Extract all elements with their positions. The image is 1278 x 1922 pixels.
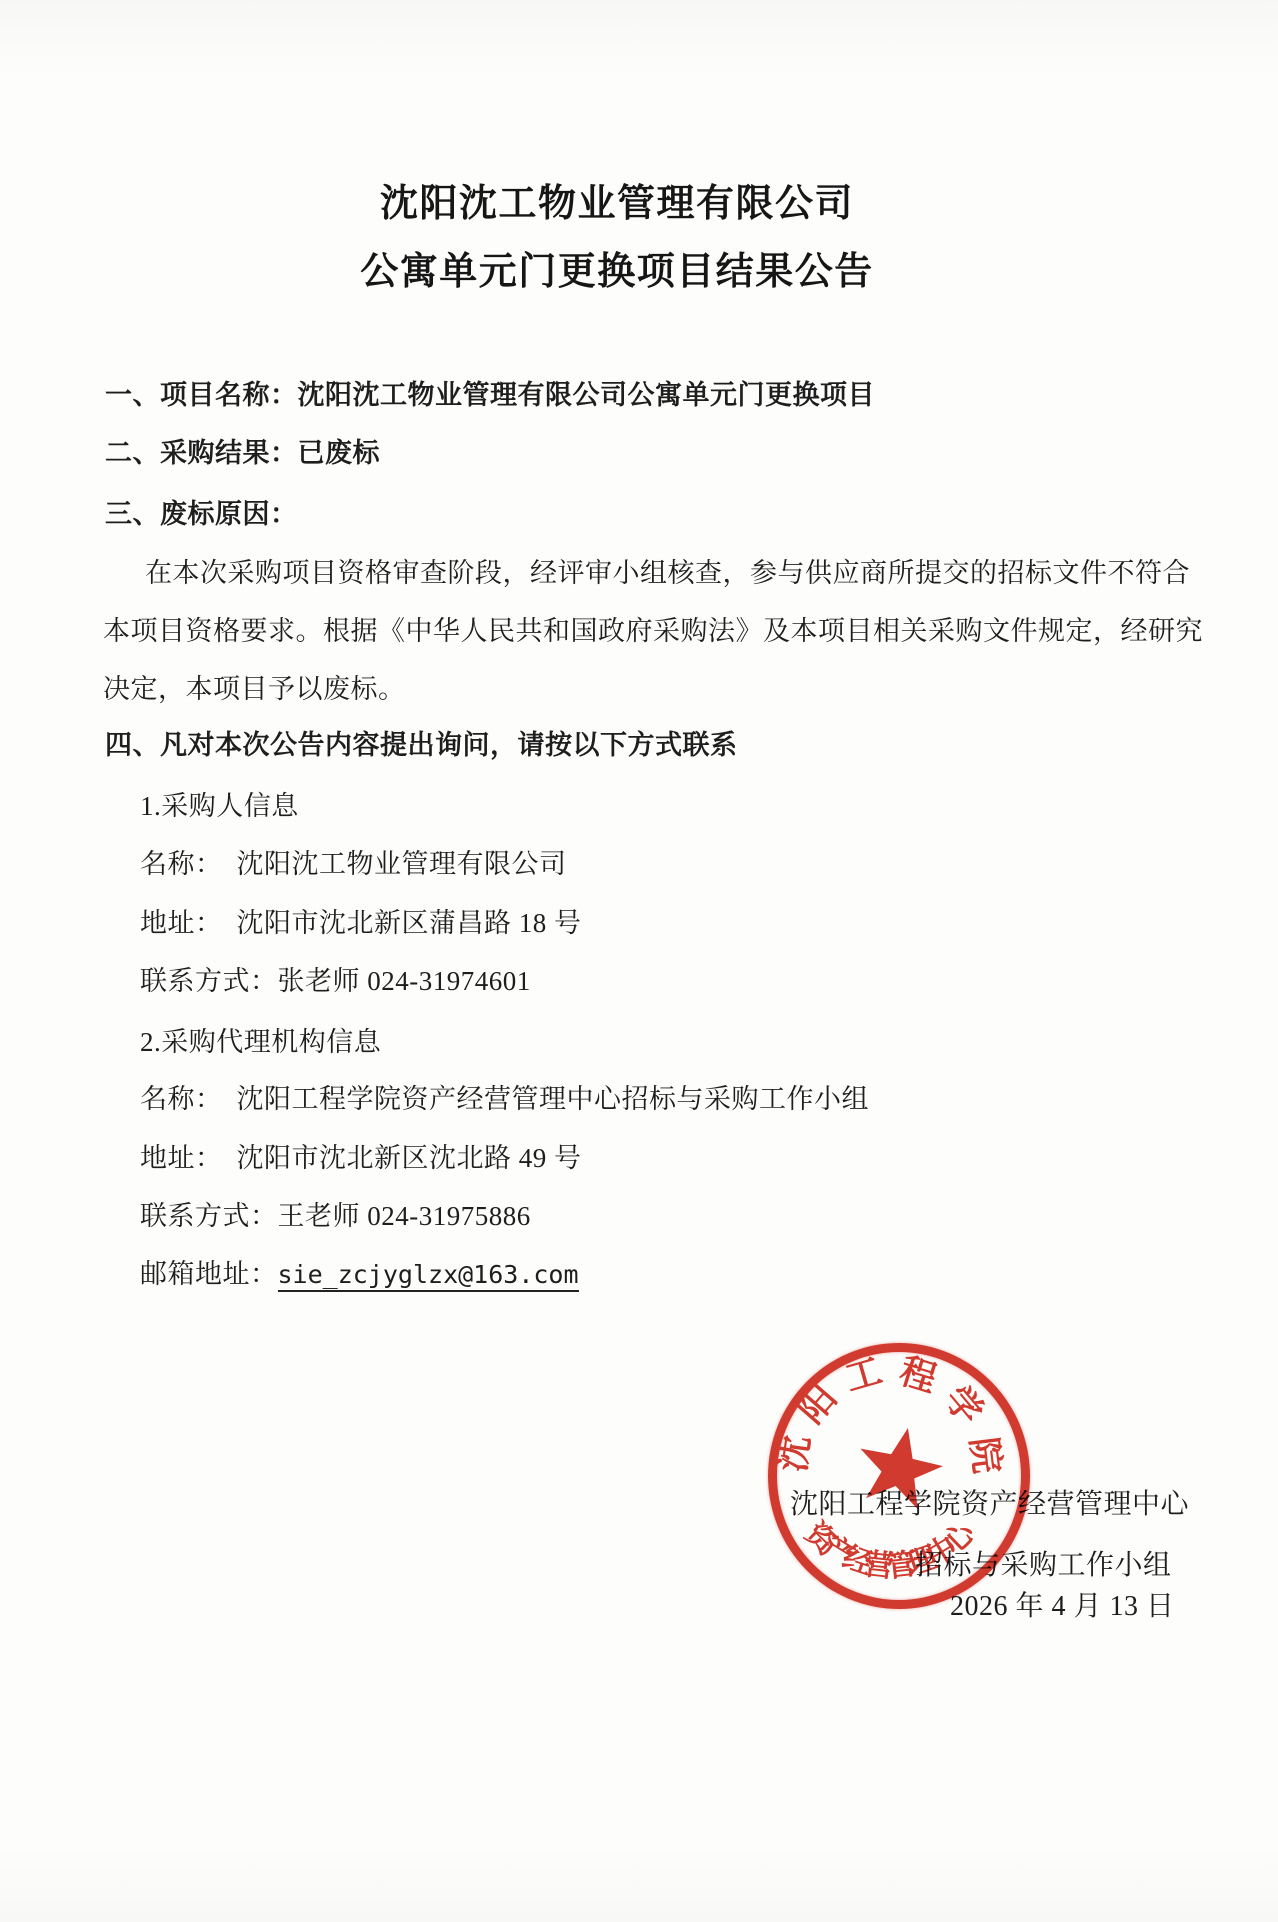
stamp-char: 阳 bbox=[788, 1375, 842, 1429]
stamp-char: 营 bbox=[859, 1541, 901, 1583]
purchaser-info-heading: 1.采购人信息 bbox=[140, 789, 299, 823]
purchaser-address-line: 地址： 沈阳市沈北新区蒲昌路 18 号 bbox=[140, 906, 582, 940]
reason-paragraph-line-2: 本项目资格要求。根据《中华人民共和国政府采购法》及本项目相关采购文件规定，经研究 bbox=[103, 614, 1203, 648]
reason-paragraph-line-3: 决定，本项目予以废标。 bbox=[103, 672, 406, 706]
section-4-contact-heading: 四、凡对本次公告内容提出询问，请按以下方式联系 bbox=[105, 728, 738, 762]
stamp-char: 经 bbox=[835, 1534, 883, 1582]
agency-email-line: 邮箱地址：sie_zcjyglzx@163.com bbox=[140, 1257, 579, 1292]
agency-info-heading: 2.采购代理机构信息 bbox=[140, 1025, 381, 1059]
stamp-char: 学 bbox=[939, 1377, 993, 1431]
email-address: sie_zcjyglzx@163.com bbox=[278, 1260, 579, 1292]
stamp-char: 产 bbox=[814, 1523, 866, 1575]
agency-name-line: 名称： 沈阳工程学院资产经营管理中心招标与采购工作小组 bbox=[140, 1082, 869, 1116]
purchaser-contact-line: 联系方式：张老师 024-31974601 bbox=[140, 964, 531, 998]
signature-org-line-1: 沈阳工程学院资产经营管理中心 bbox=[790, 1482, 1189, 1522]
agency-address-line: 地址： 沈阳市沈北新区沈北路 49 号 bbox=[140, 1141, 582, 1175]
scanned-announcement-page: 沈阳沈工物业管理有限公司 公寓单元门更换项目结果公告 一、项目名称：沈阳沈工物业… bbox=[0, 0, 1278, 1922]
agency-contact-line: 联系方式：王老师 024-31975886 bbox=[140, 1199, 531, 1233]
email-label: 邮箱地址： bbox=[140, 1259, 278, 1289]
document-title-line-1: 沈阳沈工物业管理有限公司 bbox=[0, 172, 1278, 227]
section-1-project-name: 一、项目名称：沈阳沈工物业管理有限公司公寓单元门更换项目 bbox=[105, 378, 875, 412]
purchaser-name-line: 名称： 沈阳沈工物业管理有限公司 bbox=[140, 847, 567, 881]
stamp-char: 工 bbox=[839, 1348, 886, 1395]
stamp-char: 程 bbox=[895, 1349, 942, 1396]
signature-date: 2026 年 4 月 13 日 bbox=[950, 1584, 1175, 1624]
signature-org-line-2: 招标与采购工作小组 bbox=[915, 1543, 1172, 1583]
reason-paragraph-line-1: 在本次采购项目资格审查阶段，经评审小组核查，参与供应商所提交的招标文件不符合 bbox=[145, 556, 1190, 590]
document-title-line-2: 公寓单元门更换项目结果公告 bbox=[0, 240, 1278, 295]
section-3-rejection-reason-heading: 三、废标原因： bbox=[105, 497, 298, 531]
section-2-procurement-result: 二、采购结果：已废标 bbox=[105, 436, 380, 470]
stamp-char: 院 bbox=[967, 1434, 1009, 1476]
stamp-char: 沈 bbox=[771, 1432, 814, 1475]
